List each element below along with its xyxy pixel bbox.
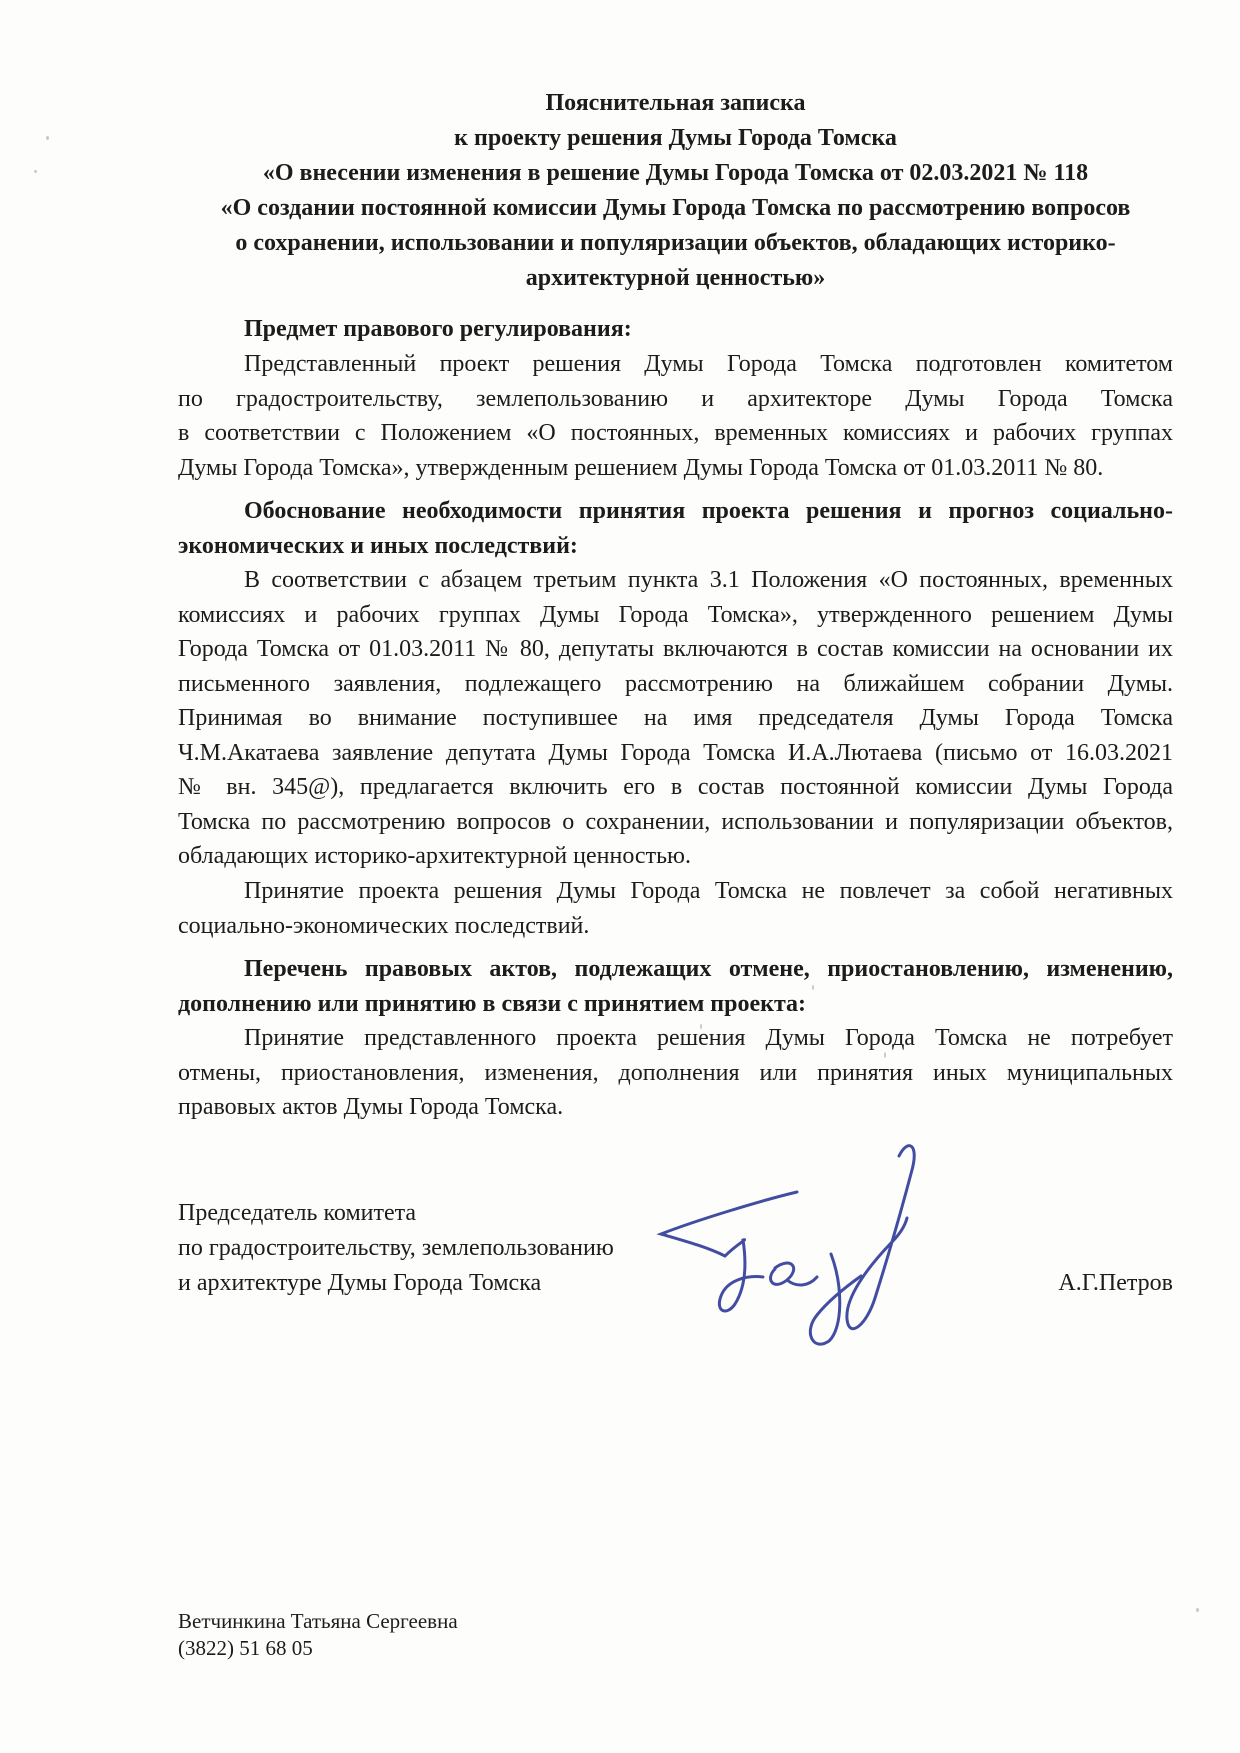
title-line: «О внесении изменения в решение Думы Гор… <box>178 156 1173 191</box>
section2-paragraph-2: Принятие проекта решения Думы Города Том… <box>178 874 1173 943</box>
footer-contact: Ветчинкина Татьяна Сергеевна (3822) 51 6… <box>178 1608 1173 1662</box>
heading-line: Перечень правовых актов, подлежащих отме… <box>178 952 1173 987</box>
scan-speck <box>34 170 37 173</box>
heading-line: Предмет правового регулирования: <box>178 312 1173 347</box>
document-title: Пояснительная записка к проекту решения … <box>178 86 1173 296</box>
section3-paragraph: Принятие представленного проекта решения… <box>178 1021 1173 1125</box>
body-line: обладающих историко-архитектурной ценнос… <box>178 839 1173 874</box>
title-line: Пояснительная записка <box>178 86 1173 121</box>
signatory-name-block: А.Г.Петров <box>178 1266 1173 1301</box>
title-line: к проекту решения Думы Города Томска <box>178 121 1173 156</box>
scan-speck <box>46 136 49 140</box>
body-line: по градостроительству, землепользованию … <box>178 382 1173 417</box>
body-line: Принятие проекта решения Думы Города Том… <box>178 874 1173 909</box>
body-line: письменного заявления, подлежащего рассм… <box>178 667 1173 702</box>
contact-phone: (3822) 51 68 05 <box>178 1635 1173 1662</box>
document-page: Пояснительная записка к проекту решения … <box>0 0 1240 1753</box>
body-line: № вн. 345@), предлагается включить его в… <box>178 770 1173 805</box>
body-line: социально-экономических последствий. <box>178 909 1173 944</box>
body-line: правовых актов Думы Города Томска. <box>178 1090 1173 1125</box>
body-line: комиссиях и рабочих группах Думы Города … <box>178 598 1173 633</box>
heading-line: экономических и иных последствий: <box>178 529 1173 564</box>
body-line: Принятие представленного проекта решения… <box>178 1021 1173 1056</box>
body-line: Ч.М.Акатаева заявление депутата Думы Гор… <box>178 736 1173 771</box>
section3-heading: Перечень правовых актов, подлежащих отме… <box>178 952 1173 1021</box>
signatory-name: А.Г.Петров <box>1058 1270 1173 1296</box>
body-line: отмены, приостановления, изменения, допо… <box>178 1056 1173 1091</box>
scan-speck <box>1196 1608 1199 1612</box>
body-line: в соответствии с Положением «О постоянны… <box>178 416 1173 451</box>
section1-paragraph: Представленный проект решения Думы Город… <box>178 347 1173 485</box>
signature-ink <box>645 1128 955 1360</box>
heading-line: дополнению или принятию в связи с принят… <box>178 987 1173 1022</box>
section2-paragraph-1: В соответствии с абзацем третьим пункта … <box>178 563 1173 874</box>
title-line: «О создании постоянной комиссии Думы Гор… <box>178 191 1173 226</box>
body-line: Томска по рассмотрению вопросов о сохран… <box>178 805 1173 840</box>
body-line: Города Томска от 01.03.2011 № 80, депута… <box>178 632 1173 667</box>
body-line: В соответствии с абзацем третьим пункта … <box>178 563 1173 598</box>
section2-heading: Обоснование необходимости принятия проек… <box>178 494 1173 563</box>
body-line: Принимая во внимание поступившее на имя … <box>178 701 1173 736</box>
contact-name: Ветчинкина Татьяна Сергеевна <box>178 1608 1173 1635</box>
heading-line: Обоснование необходимости принятия проек… <box>178 494 1173 529</box>
title-line: о сохранении, использовании и популяриза… <box>178 226 1173 261</box>
body-line: Думы Города Томска», утвержденным решени… <box>178 451 1173 486</box>
body-line: Представленный проект решения Думы Город… <box>178 347 1173 382</box>
section1-heading: Предмет правового регулирования: <box>178 312 1173 347</box>
title-line: архитектурной ценностью» <box>178 261 1173 296</box>
